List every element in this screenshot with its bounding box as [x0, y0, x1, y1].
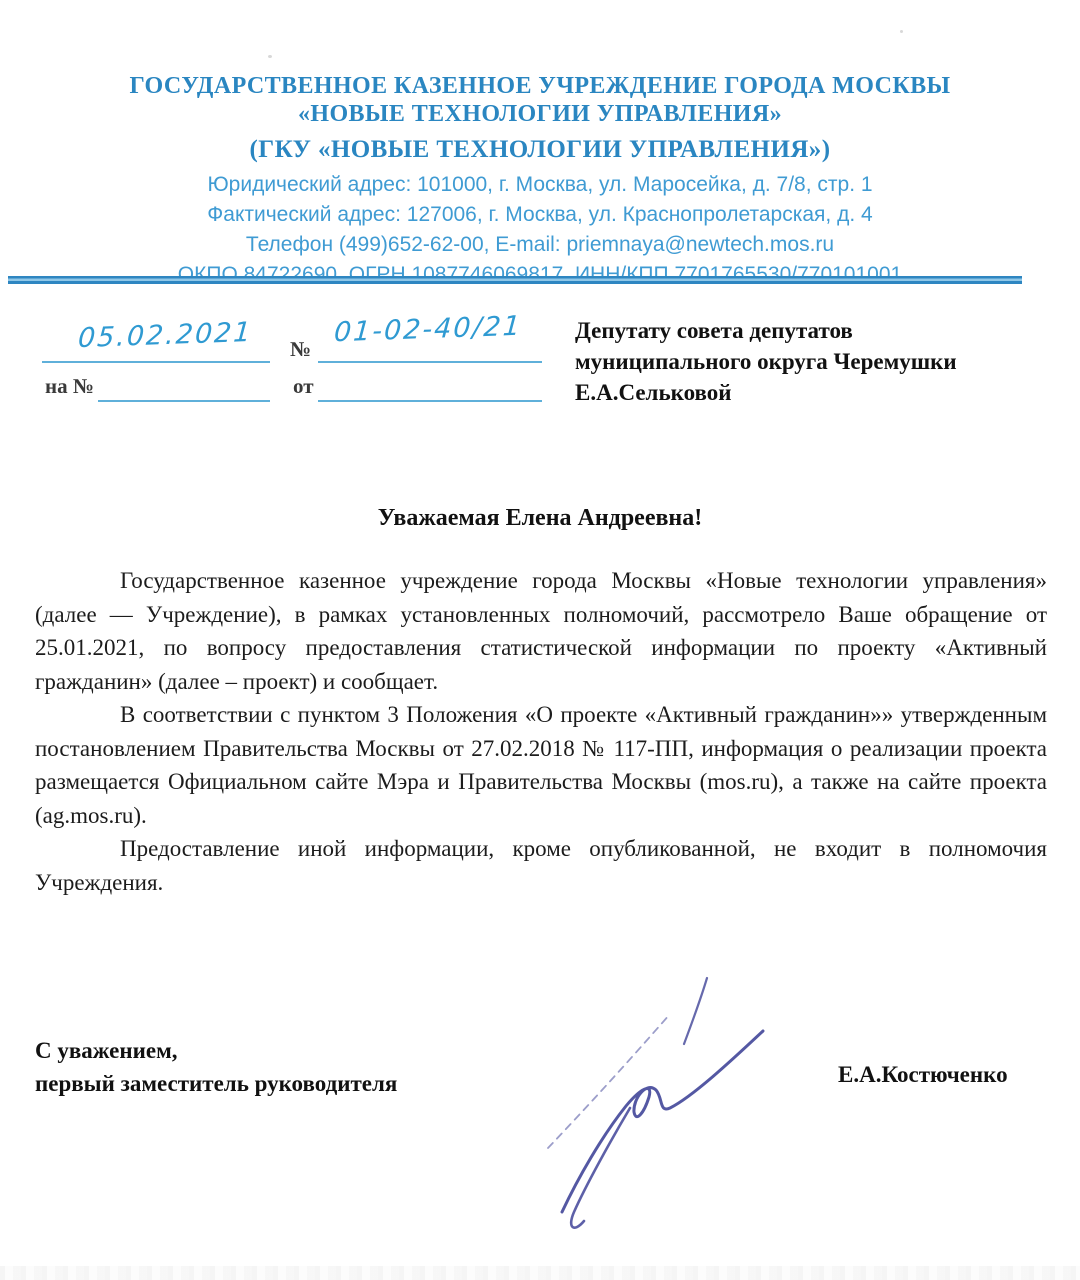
recipient-position: Депутату совета депутатов: [575, 315, 1055, 346]
letter-page: ГОСУДАРСТВЕННОЕ КАЗЕННОЕ УЧРЕЖДЕНИЕ ГОРО…: [0, 0, 1080, 1280]
scan-speck: [268, 55, 272, 58]
number-underline: [318, 361, 542, 363]
phone-email: Телефон (499)652-62-00, E-mail: priemnay…: [0, 230, 1080, 260]
scan-edge-noise: [0, 1266, 1080, 1280]
recipient-district: муниципального округа Черемушки: [575, 346, 1055, 377]
org-name-line1: ГОСУДАРСТВЕННОЕ КАЗЕННОЕ УЧРЕЖДЕНИЕ ГОРО…: [0, 72, 1080, 100]
actual-address: Фактический адрес: 127006, г. Москва, ул…: [0, 200, 1080, 230]
salutation: Уважаемая Елена Андреевна!: [0, 505, 1080, 532]
org-short-name: (ГКУ «НОВЫЕ ТЕХНОЛОГИИ УПРАВЛЕНИЯ»): [0, 135, 1080, 165]
date-underline: [42, 361, 270, 363]
reply-number-underline: [98, 400, 270, 402]
handwritten-date: 05.02.2021: [77, 317, 254, 354]
org-contact-block: Юридический адрес: 101000, г. Москва, ул…: [0, 170, 1080, 290]
signer-name: Е.А.Костюченко: [838, 1062, 1008, 1088]
reply-date-underline: [318, 400, 542, 402]
closing-block: С уважением, первый заместитель руководи…: [35, 1034, 397, 1100]
registration-codes: ОКПО 84722690, ОГРН 1087746069817, ИНН/К…: [0, 260, 1080, 290]
reply-to-label: на №: [45, 374, 94, 399]
body-paragraph-3: Предоставление иной информации, кроме оп…: [35, 832, 1047, 899]
letterhead: ГОСУДАРСТВЕННОЕ КАЗЕННОЕ УЧРЕЖДЕНИЕ ГОРО…: [0, 72, 1080, 290]
handwritten-number: 01-02-40/21: [333, 311, 523, 349]
scan-speck: [900, 30, 903, 33]
recipient-name: Е.А.Сельковой: [575, 377, 1055, 408]
legal-address: Юридический адрес: 101000, г. Москва, ул…: [0, 170, 1080, 200]
reply-date-label: от: [293, 374, 314, 399]
signer-position: первый заместитель руководителя: [35, 1067, 397, 1100]
number-sign-label: №: [290, 337, 311, 362]
body-paragraph-2: В соответствии с пунктом 3 Положения «О …: [35, 698, 1047, 832]
body-paragraph-1: Государственное казенное учреждение горо…: [35, 564, 1047, 698]
org-name-line2: «НОВЫЕ ТЕХНОЛОГИИ УПРАВЛЕНИЯ»: [0, 100, 1080, 128]
recipient-block: Депутату совета депутатов муниципального…: [575, 315, 1055, 408]
closing-regards: С уважением,: [35, 1034, 397, 1067]
letter-body: Государственное казенное учреждение горо…: [35, 564, 1047, 899]
letterhead-divider: [8, 276, 1022, 284]
